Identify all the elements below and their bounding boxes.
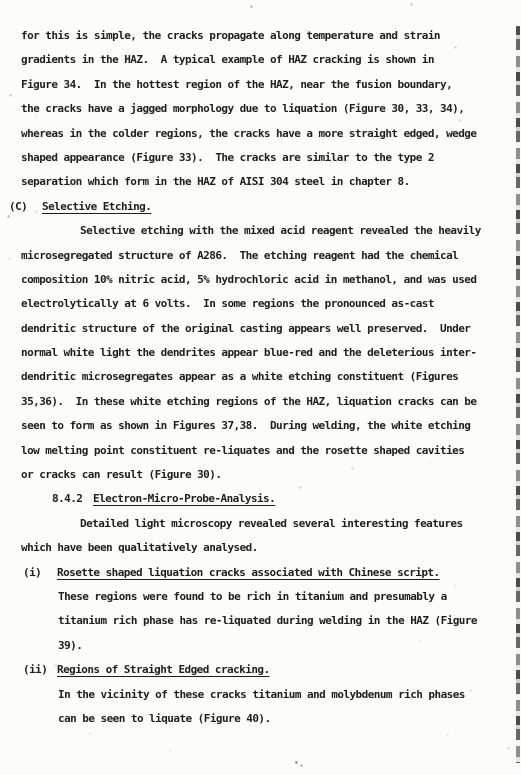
list-title: Regions of Straight Edged cracking.	[57, 663, 270, 676]
text-line: titanium rich phase has re-liquated duri…	[58, 609, 501, 633]
text-line: the cracks have a jagged morphology due …	[21, 97, 501, 121]
text-line: separation which form in the HAZ of AISI…	[21, 170, 501, 194]
section-title: Selective Etching.	[42, 200, 151, 213]
text-line: These regions were found to be rich in t…	[58, 585, 501, 609]
section-number: 8.4.2	[52, 487, 93, 511]
text-line: gradients in the HAZ. A typical example …	[21, 48, 501, 72]
text-line: composition 10% nitric acid, 5% hydrochl…	[21, 268, 501, 292]
text-line: 35,36). In these white etching regions o…	[21, 390, 501, 414]
section-label: (C)	[9, 195, 42, 219]
text-line: Selective etching with the mixed acid re…	[80, 219, 501, 243]
list-heading-straight-edged-cracking: (ii)Regions of Straight Edged cracking.	[23, 658, 501, 682]
list-marker: (i)	[23, 561, 57, 585]
list-title: Rosette shaped liquation cracks associat…	[57, 566, 440, 579]
list-heading-rosette-cracks: (i)Rosette shaped liquation cracks assoc…	[23, 561, 501, 585]
text-line: which have been qualitatively analysed.	[21, 536, 501, 560]
document-text: for this is simple, the cracks propagate…	[21, 24, 501, 731]
text-line: In the vicinity of these cracks titanium…	[58, 683, 501, 707]
text-line: Detailed light microscopy revealed sever…	[80, 512, 501, 536]
text-line: can be seen to liquate (Figure 40).	[58, 707, 501, 731]
text-line: dendritic microsegregates appear as a wh…	[21, 365, 501, 389]
text-line: whereas in the colder regions, the crack…	[21, 122, 501, 146]
section-heading-selective-etching: (C)Selective Etching.	[9, 195, 501, 219]
list-marker: (ii)	[23, 658, 57, 682]
text-line: electrolytically at 6 volts. In some reg…	[21, 292, 501, 316]
text-line: shaped appearance (Figure 33). The crack…	[21, 146, 501, 170]
scan-edge-artifact	[516, 26, 520, 763]
text-line: normal white light the dendrites appear …	[21, 341, 501, 365]
text-line: 39).	[58, 634, 501, 658]
text-line: low melting point constituent re-liquate…	[21, 439, 501, 463]
text-line: dendritic structure of the original cast…	[21, 317, 501, 341]
text-line: seen to form as shown in Figures 37,38. …	[21, 414, 501, 438]
section-title: Electron-Micro-Probe-Analysis.	[93, 492, 275, 505]
section-heading-electron-micro-probe: 8.4.2Electron-Micro-Probe-Analysis.	[52, 487, 501, 511]
scan-speckles	[0, 0, 1, 1]
scanned-document-page: for this is simple, the cracks propagate…	[0, 0, 521, 775]
text-line: Figure 34. In the hottest region of the …	[21, 73, 501, 97]
text-line: or cracks can result (Figure 30).	[21, 463, 501, 487]
text-line: microsegregated structure of A286. The e…	[21, 244, 501, 268]
text-line: for this is simple, the cracks propagate…	[21, 24, 501, 48]
